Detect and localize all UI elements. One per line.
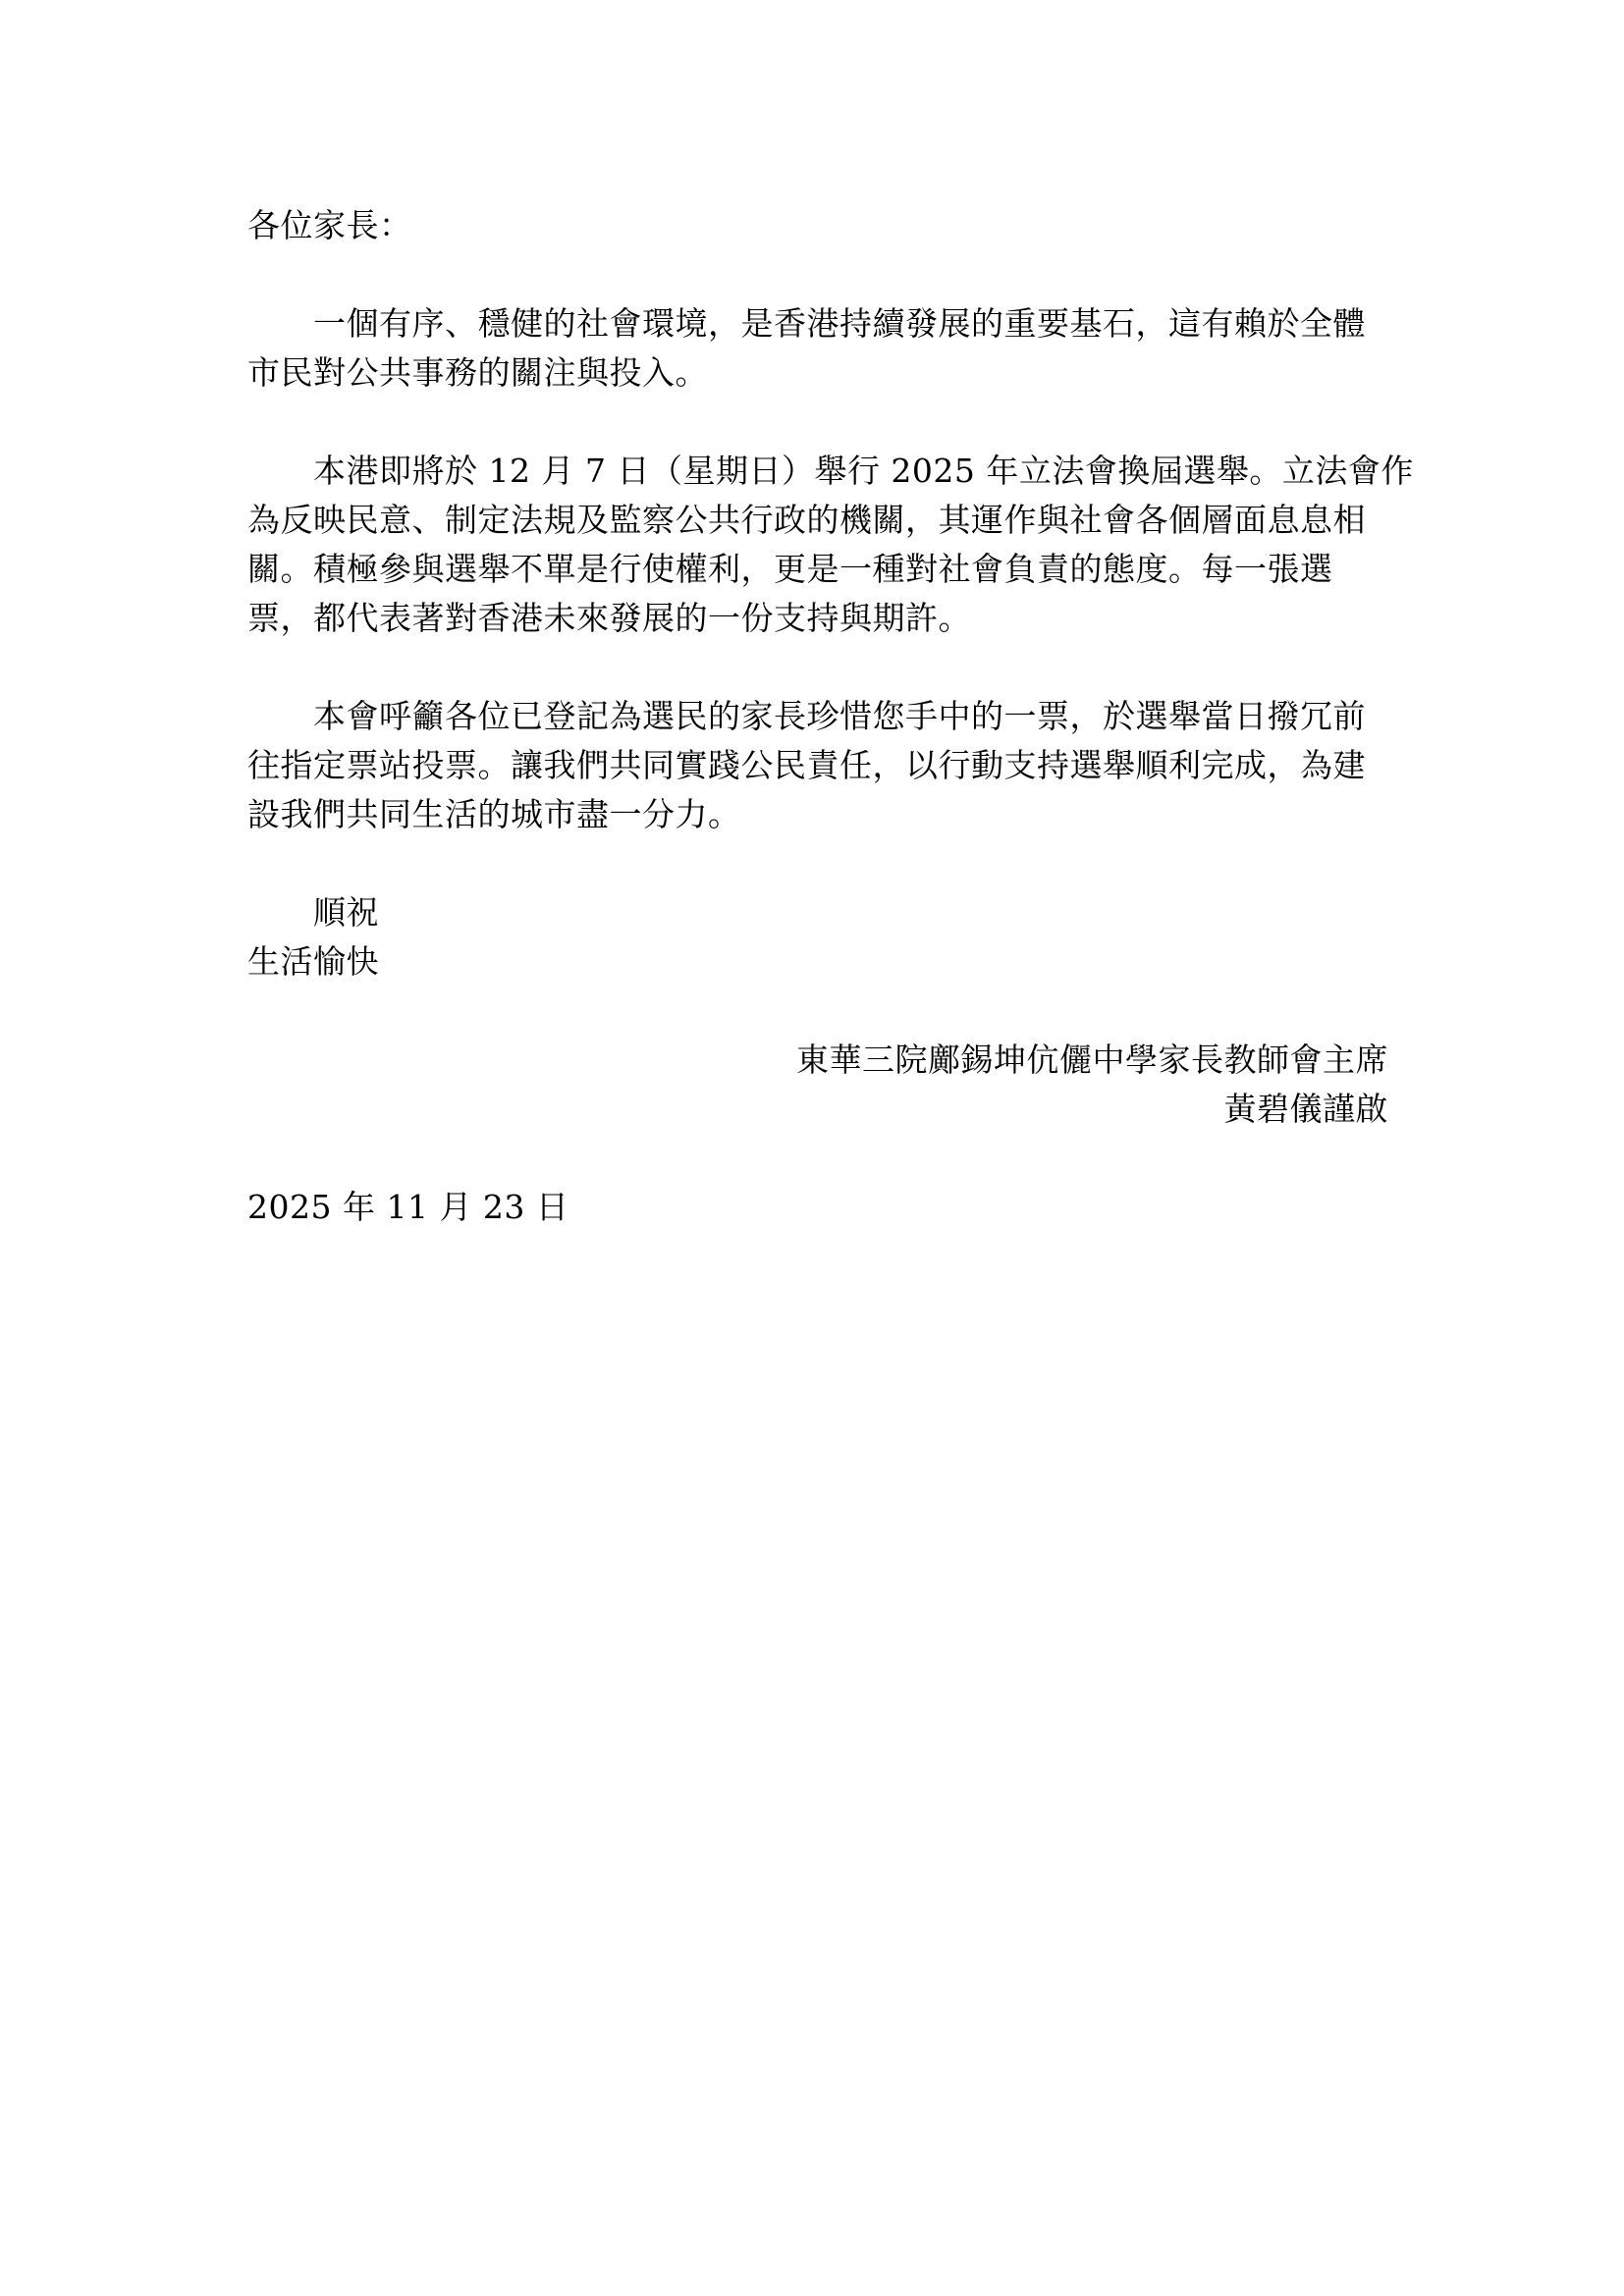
letter-page: 各位家長： 一個有序、穩健的社會環境，是香港持續發展的重要基石，這有賴於全體 市…	[0, 0, 1624, 2296]
paragraph-1: 一個有序、穩健的社會環境，是香港持續發展的重要基石，這有賴於全體 市民對公共事務…	[247, 299, 1388, 398]
paragraph-3: 本會呼籲各位已登記為選民的家長珍惜您手中的一票，於選舉當日撥冗前 往指定票站投票…	[247, 692, 1388, 839]
date-text: 2025 年 11 月 23 日	[247, 1183, 1388, 1232]
salutation-text: 各位家長：	[247, 201, 1388, 250]
paragraph-line: 設我們共同生活的城市盡一分力。	[247, 790, 1388, 839]
paragraph-line: 一個有序、穩健的社會環境，是香港持續發展的重要基石，這有賴於全體	[247, 299, 1388, 348]
closing: 順祝 生活愉快	[247, 888, 1388, 987]
closing-line-2: 生活愉快	[247, 937, 1388, 987]
signature-organization-title: 東華三院鄺錫坤伉儷中學家長教師會主席	[247, 1036, 1388, 1085]
paragraph-line: 往指定票站投票。讓我們共同實踐公民責任，以行動支持選舉順利完成，為建	[247, 741, 1388, 790]
paragraph-line: 本會呼籲各位已登記為選民的家長珍惜您手中的一票，於選舉當日撥冗前	[247, 692, 1388, 741]
paragraph-line: 關。積極參與選舉不單是行使權利，更是一種對社會負責的態度。每一張選	[247, 545, 1388, 594]
paragraph-line: 票，都代表著對香港未來發展的一份支持與期許。	[247, 594, 1388, 643]
salutation: 各位家長：	[247, 201, 1388, 250]
paragraph-line: 本港即將於 12 月 7 日（星期日）舉行 2025 年立法會換屆選舉。立法會作	[247, 447, 1388, 496]
paragraph-2: 本港即將於 12 月 7 日（星期日）舉行 2025 年立法會換屆選舉。立法會作…	[247, 447, 1388, 643]
paragraph-line: 市民對公共事務的關注與投入。	[247, 348, 1388, 398]
letter-date: 2025 年 11 月 23 日	[247, 1183, 1388, 1232]
signature-block: 東華三院鄺錫坤伉儷中學家長教師會主席 黃碧儀謹啟	[247, 1036, 1388, 1134]
signature-name: 黃碧儀謹啟	[247, 1085, 1388, 1134]
closing-line-1: 順祝	[247, 888, 1388, 937]
paragraph-line: 為反映民意、制定法規及監察公共行政的機關，其運作與社會各個層面息息相	[247, 496, 1388, 545]
